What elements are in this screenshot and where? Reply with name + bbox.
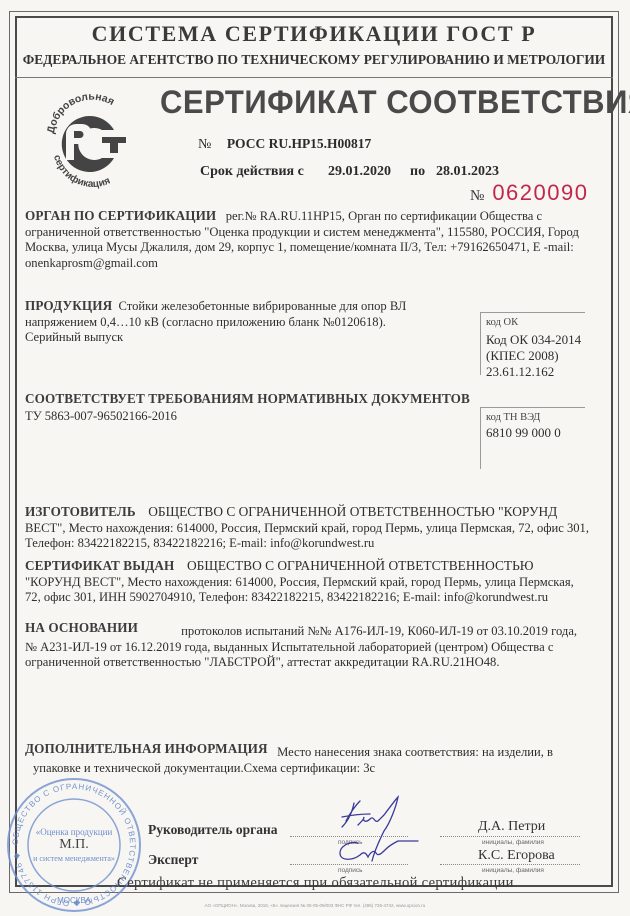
signature-role: Руководитель органа [148, 822, 278, 838]
ok-code-line: 23.61.12.162 [486, 364, 585, 380]
manufacturer-text-rest: ВЕСТ", Место нахождения: 614000, Россия,… [25, 521, 589, 551]
valid-to-label: по [410, 164, 425, 180]
tn-ved-code-box: код ТН ВЭД 6810 99 000 0 [480, 407, 585, 469]
manufacturer-label: ИЗГОТОВИТЕЛЬ [25, 504, 136, 519]
additional-info-label: ДОПОЛНИТЕЛЬНАЯ ИНФОРМАЦИЯ [25, 741, 268, 756]
registration-number: РОСС RU.НР15.Н00817 [227, 136, 371, 151]
product-label: ПРОДУКЦИЯ [25, 298, 112, 313]
ok-code-value: Код ОК 034-2014 (КПЕС 2008) 23.61.12.162 [486, 332, 585, 380]
certification-body-text-first: рег.№ RA.RU.11НР15, Орган по сертификаци… [226, 209, 542, 223]
rst-voluntary-certification-logo-icon: Добровольная сертификация [40, 90, 140, 190]
signature-role: Эксперт [148, 852, 198, 868]
handwritten-signature-icon [318, 795, 433, 880]
valid-to-date: 28.01.2023 [436, 164, 499, 180]
blank-number: № 0620090 [470, 180, 588, 206]
signature-row-expert: Эксперт подпись К.С. Егорова инициалы, ф… [0, 844, 630, 874]
issued-to-text-rest: "КОРУНД ВЕСТ", Место нахождения: 614000,… [25, 575, 574, 605]
ok-code-box: код ОК Код ОК 034-2014 (КПЕС 2008) 23.61… [480, 312, 585, 375]
validity-line: Срок действия с 29.01.2020 по 28.01.2023 [200, 164, 304, 180]
issued-to-text-first: ОБЩЕСТВО С ОГРАНИЧЕННОЙ ОТВЕТСТВЕННОСТЬЮ [187, 558, 534, 573]
product-text-rest: напряжением 0,4…10 кВ (согласно приложен… [25, 315, 386, 329]
certification-body-text-rest: ограниченной ответственностью "Оценка пр… [25, 225, 579, 270]
system-title: СИСТЕМА СЕРТИФИКАЦИИ ГОСТ Р [15, 21, 613, 47]
number-sign: № [198, 137, 211, 152]
basis-section: НА ОСНОВАНИИ протоколов испытаний №№ А17… [25, 620, 600, 671]
name-line [440, 836, 580, 837]
issued-to-label: СЕРТИФИКАТ ВЫДАН [25, 558, 174, 573]
blank-number-sign: № [470, 188, 484, 204]
valid-from-date: 29.01.2020 [328, 164, 391, 180]
ok-code-caption: код ОК [486, 317, 585, 328]
registration-number-line: № РОСС RU.НР15.Н00817 [198, 136, 371, 153]
name-line [440, 864, 580, 865]
additional-info-section: ДОПОЛНИТЕЛЬНАЯ ИНФОРМАЦИЯ Место нанесени… [25, 741, 595, 776]
printer-imprint: АО «ОПЦИОН», Москва, 2018, «Б» лицензия … [0, 903, 630, 908]
certificate-title: СЕРТИФИКАТ СООТВЕТСТВИЯ [160, 84, 630, 121]
product-text-first: Стойки железобетонные вибрированные для … [119, 299, 407, 313]
issued-to-section: СЕРТИФИКАТ ВЫДАН ОБЩЕСТВО С ОГРАНИЧЕННОЙ… [25, 558, 585, 606]
name-caption: инициалы, фамилия [482, 867, 544, 874]
manufacturer-text-first: ОБЩЕСТВО С ОГРАНИЧЕННОЙ ОТВЕТСТВЕННОСТЬЮ… [148, 504, 557, 519]
ok-code-line: (КПЕС 2008) [486, 348, 585, 364]
blank-number-value: 0620090 [492, 180, 588, 205]
validity-label: Срок действия с [200, 164, 304, 179]
basis-label: НА ОСНОВАНИИ [25, 620, 138, 635]
tn-ved-value: 6810 99 000 0 [486, 425, 585, 441]
header-divider [15, 77, 613, 78]
agency-name: ФЕДЕРАЛЬНОЕ АГЕНТСТВО ПО ТЕХНИЧЕСКОМУ РЕ… [15, 52, 613, 68]
certification-body-label: ОРГАН ПО СЕРТИФИКАЦИИ [25, 208, 216, 223]
signature-row-head: Руководитель органа подпись Д.А. Петри и… [0, 816, 630, 846]
product-section: ПРОДУКЦИЯ Стойки железобетонные вибриров… [25, 298, 425, 346]
signatory-name: Д.А. Петри [478, 819, 545, 835]
signatory-name: К.С. Егорова [478, 848, 555, 864]
product-text-last: Серийный выпуск [25, 330, 123, 344]
compliance-label: СООТВЕТСТВУЕТ ТРЕБОВАНИЯМ НОРМАТИВНЫХ ДО… [25, 391, 585, 407]
manufacturer-section: ИЗГОТОВИТЕЛЬ ОБЩЕСТВО С ОГРАНИЧЕННОЙ ОТВ… [25, 504, 597, 552]
certification-body-section: ОРГАН ПО СЕРТИФИКАЦИИ рег.№ RA.RU.11НР15… [25, 208, 595, 271]
additional-info-text-first: Место нанесения знака соответствия: на и… [277, 745, 553, 759]
tn-ved-caption: код ТН ВЭД [486, 412, 585, 423]
basis-text-rest: № А231-ИЛ-19 от 16.12.2019 года, выданны… [25, 640, 553, 670]
additional-info-text-rest: упаковке и технической документации.Схем… [25, 761, 375, 775]
footnote: Сертификат не применяется при обязательн… [117, 875, 514, 892]
ok-code-line: Код ОК 034-2014 [486, 332, 585, 348]
basis-text-first: протоколов испытаний №№ А176-ИЛ-19, К060… [181, 624, 577, 638]
